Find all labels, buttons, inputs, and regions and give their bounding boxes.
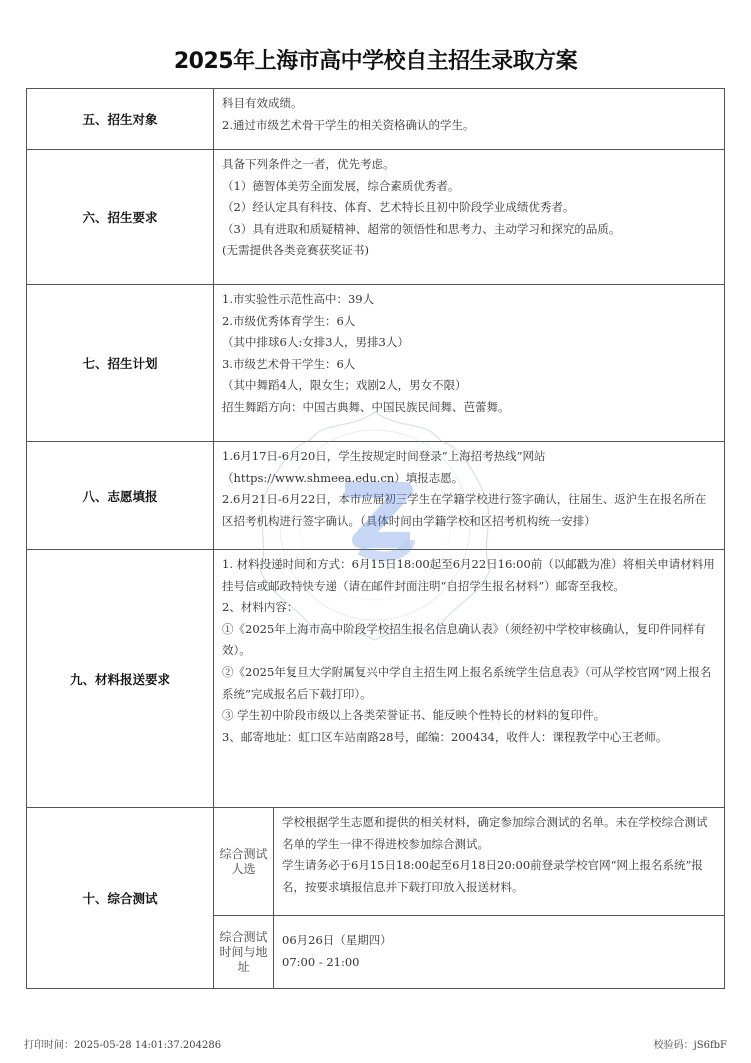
content-line: (无需提供各类竞赛获奖证书)	[222, 240, 716, 262]
content-line: （https://www.shmeea.edu.cn）填报志愿。	[222, 468, 716, 490]
content-line: 科目有效成绩。	[222, 93, 716, 115]
content-line: 3.市级艺术骨干学生：6人	[222, 354, 716, 376]
content-line: （其中排球6人:女排3人，男排3人）	[222, 332, 716, 354]
document-title: 2025年上海市高中学校自主招生录取方案	[0, 44, 751, 75]
content-line: 1.6月17日-6月20日，学生按规定时间登录“上海招考热线”网站	[222, 446, 716, 468]
section-label: 五、招生对象	[27, 89, 214, 150]
section-content: 科目有效成绩。 2.通过市级艺术骨干学生的相关资格确认的学生。	[214, 89, 725, 150]
content-line: 2.市级优秀体育学生：6人	[222, 311, 716, 333]
content-line: 2.通过市级艺术骨干学生的相关资格确认的学生。	[222, 115, 716, 137]
content-line: 07:00 - 21:00	[282, 952, 716, 974]
admission-table: 五、招生对象 科目有效成绩。 2.通过市级艺术骨干学生的相关资格确认的学生。 六…	[26, 88, 725, 989]
content-line: 2、材料内容：	[222, 597, 716, 619]
section-label: 七、招生计划	[27, 285, 214, 442]
sub-label: 综合测试时间与地址	[214, 916, 274, 989]
content-line: 具备下列条件之一者，优先考虑。	[222, 154, 716, 176]
content-line: （其中舞蹈4人，限女生；戏剧2人，男女不限）	[222, 375, 716, 397]
content-line: 06月26日（星期四）	[282, 930, 716, 952]
section-row-materials: 九、材料报送要求 1. 材料投递时间和方式：6月15日18:00起至6月22日1…	[27, 550, 725, 808]
checksum: 校验码：jS6fbF	[654, 1036, 727, 1051]
sub-label: 综合测试人选	[214, 808, 274, 916]
content-line: 2.6月21日-6月22日，本市应届初三学生在学籍学校进行签字确认，往届生、返沪…	[222, 489, 716, 532]
content-line: 3、邮寄地址：虹口区车站南路28号，邮编：200434，收件人：课程教学中心王老…	[222, 727, 716, 749]
section-row-application: 八、志愿填报 1.6月17日-6月20日，学生按规定时间登录“上海招考热线”网站…	[27, 442, 725, 550]
content-line: ③ 学生初中阶段市级以上各类荣誉证书、能反映个性特长的材料的复印件。	[222, 705, 716, 727]
section-row-requirements: 六、招生要求 具备下列条件之一者，优先考虑。 （1）德智体美劳全面发展，综合素质…	[27, 150, 725, 285]
content-line: 招生舞蹈方向：中国古典舞、中国民族民间舞、芭蕾舞。	[222, 397, 716, 419]
section-label: 六、招生要求	[27, 150, 214, 285]
content-line: ②《2025年复旦大学附属复兴中学自主招生网上报名系统学生信息表》（可从学校官网…	[222, 662, 716, 705]
section-content: 1.市实验性示范性高中：39人 2.市级优秀体育学生：6人 （其中排球6人:女排…	[214, 285, 725, 442]
content-line: 学生请务必于6月15日18:00起至6月18日20:00前登录学校官网“网上报名…	[282, 855, 716, 898]
content-line: （2）经认定具有科技、体育、艺术特长且初中阶段学业成绩优秀者。	[222, 197, 716, 219]
section-label: 八、志愿填报	[27, 442, 214, 550]
section-content: 具备下列条件之一者，优先考虑。 （1）德智体美劳全面发展，综合素质优秀者。 （2…	[214, 150, 725, 285]
content-line: ①《2025年上海市高中阶段学校招生报名信息确认表》（须经初中学校审核确认，复印…	[222, 619, 716, 662]
sub-content: 学校根据学生志愿和提供的相关材料，确定参加综合测试的名单。未在学校综合测试名单的…	[274, 808, 725, 916]
section-content: 1.6月17日-6月20日，学生按规定时间登录“上海招考热线”网站 （https…	[214, 442, 725, 550]
sub-content: 06月26日（星期四） 07:00 - 21:00	[274, 916, 725, 989]
content-line: 1. 材料投递时间和方式：6月15日18:00起至6月22日16:00前（以邮戳…	[222, 554, 716, 597]
section-row-plan: 七、招生计划 1.市实验性示范性高中：39人 2.市级优秀体育学生：6人 （其中…	[27, 285, 725, 442]
print-time: 打印时间：2025-05-28 14:01:37.204286	[24, 1036, 221, 1051]
content-line: （3）具有进取和质疑精神、超常的领悟性和思考力、主动学习和探究的品质。	[222, 219, 716, 241]
content-line: 1.市实验性示范性高中：39人	[222, 289, 716, 311]
section-label: 十、综合测试	[27, 808, 214, 989]
content-line: （1）德智体美劳全面发展，综合素质优秀者。	[222, 176, 716, 198]
section-content: 1. 材料投递时间和方式：6月15日18:00起至6月22日16:00前（以邮戳…	[214, 550, 725, 808]
content-line: 学校根据学生志愿和提供的相关材料，确定参加综合测试的名单。未在学校综合测试名单的…	[282, 812, 716, 855]
section-row-comprehensive-test: 十、综合测试 综合测试人选 学校根据学生志愿和提供的相关材料，确定参加综合测试的…	[27, 808, 725, 916]
section-label: 九、材料报送要求	[27, 550, 214, 808]
section-row-targets: 五、招生对象 科目有效成绩。 2.通过市级艺术骨干学生的相关资格确认的学生。	[27, 89, 725, 150]
